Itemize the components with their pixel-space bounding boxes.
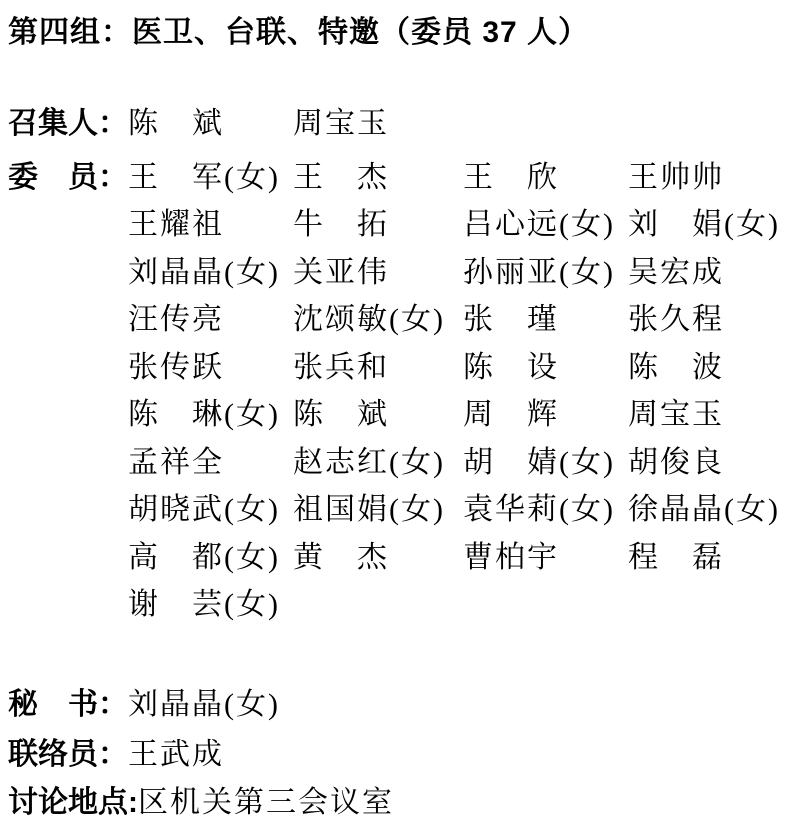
member-name: 程 磊 <box>628 534 800 582</box>
member-row: 汪传亮 沈颂敏(女) 张 瑾 张久程 <box>8 296 800 344</box>
member-name: 祖国娟(女) <box>293 486 463 534</box>
convener-name: 周宝玉 <box>293 100 463 148</box>
location-row: 讨论地点: 区机关第三会议室 <box>8 779 800 826</box>
member-row: 孟祥全 赵志红(女) 胡 婧(女) 胡俊良 <box>8 439 800 487</box>
member-name: 张兵和 <box>293 344 463 392</box>
member-row: 谢 芸(女) <box>8 581 800 629</box>
member-name: 谢 芸(女) <box>128 581 293 629</box>
member-name: 刘晶晶(女) <box>128 249 293 297</box>
member-name: 曹柏宇 <box>463 534 628 582</box>
convener-label: 召集人： <box>8 100 128 148</box>
member-name: 王 杰 <box>293 154 463 202</box>
member-name: 徐晶晶(女) <box>628 486 800 534</box>
member-name: 张 瑾 <box>463 296 628 344</box>
member-name: 刘 娟(女) <box>628 201 800 249</box>
member-name: 孙丽亚(女) <box>463 249 628 297</box>
page-title: 第四组：医卫、台联、特邀（委员 37 人） <box>8 14 800 52</box>
member-name: 吕心远(女) <box>463 201 628 249</box>
member-name: 周宝玉 <box>628 391 800 439</box>
member-row: 张传跃 张兵和 陈 设 陈 波 <box>8 344 800 392</box>
member-name: 牛 拓 <box>293 201 463 249</box>
member-row: 王耀祖 牛 拓 吕心远(女) 刘 娟(女) <box>8 201 800 249</box>
member-name: 陈 琳(女) <box>128 391 293 439</box>
location-value: 区机关第三会议室 <box>138 779 394 826</box>
member-name: 关亚伟 <box>293 249 463 297</box>
member-name: 王帅帅 <box>628 154 800 202</box>
member-name: 王耀祖 <box>128 201 293 249</box>
members-section: 委 员： 王 军(女) 王 杰 王 欣 王帅帅 王耀祖 牛 拓 吕心远(女) 刘… <box>8 154 800 629</box>
member-name: 汪传亮 <box>128 296 293 344</box>
member-name: 胡俊良 <box>628 439 800 487</box>
member-name: 王 军(女) <box>128 154 293 202</box>
secretary-name: 刘晶晶(女) <box>128 681 280 729</box>
group-roster-document: 第四组：医卫、台联、特邀（委员 37 人） 召集人： 陈 斌 周宝玉 委 员： … <box>0 0 800 826</box>
member-name: 黄 杰 <box>293 534 463 582</box>
member-name: 张久程 <box>628 296 800 344</box>
member-name: 袁华莉(女) <box>463 486 628 534</box>
convener-row: 召集人： 陈 斌 周宝玉 <box>8 100 800 148</box>
member-name: 胡 婧(女) <box>463 439 628 487</box>
member-row: 刘晶晶(女) 关亚伟 孙丽亚(女) 吴宏成 <box>8 249 800 297</box>
member-name: 张传跃 <box>128 344 293 392</box>
members-label: 委 员： <box>8 154 128 202</box>
member-name: 王 欣 <box>463 154 628 202</box>
member-row: 陈 琳(女) 陈 斌 周 辉 周宝玉 <box>8 391 800 439</box>
liaison-row: 联络员： 王武成 <box>8 731 800 779</box>
liaison-name: 王武成 <box>128 731 224 779</box>
secretary-row: 秘 书： 刘晶晶(女) <box>8 681 800 729</box>
member-name: 吴宏成 <box>628 249 800 297</box>
member-name: 陈 斌 <box>293 391 463 439</box>
member-name: 沈颂敏(女) <box>293 296 463 344</box>
member-name: 陈 设 <box>463 344 628 392</box>
member-row: 高 都(女) 黄 杰 曹柏宇 程 磊 <box>8 534 800 582</box>
member-name: 胡晓武(女) <box>128 486 293 534</box>
member-name: 陈 波 <box>628 344 800 392</box>
member-name: 高 都(女) <box>128 534 293 582</box>
member-name: 赵志红(女) <box>293 439 463 487</box>
member-row: 胡晓武(女) 祖国娟(女) 袁华莉(女) 徐晶晶(女) <box>8 486 800 534</box>
secretary-label: 秘 书： <box>8 681 128 729</box>
member-name: 孟祥全 <box>128 439 293 487</box>
liaison-label: 联络员： <box>8 731 128 779</box>
member-name: 周 辉 <box>463 391 628 439</box>
location-label: 讨论地点: <box>8 779 138 826</box>
convener-name: 陈 斌 <box>128 100 293 148</box>
member-row: 委 员： 王 军(女) 王 杰 王 欣 王帅帅 <box>8 154 800 202</box>
